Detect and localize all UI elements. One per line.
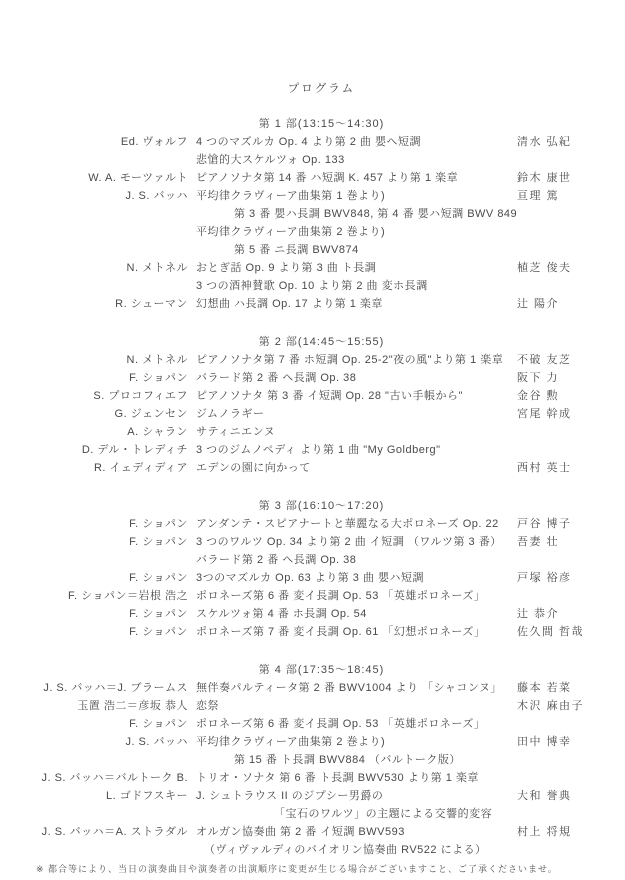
piece-title: オルガン協奏曲 第 2 番 イ短調 BWV593 <box>188 823 517 841</box>
program-row: R. シューマン幻想曲 ハ長調 Op. 17 より第 1 楽章辻 陽介 <box>36 295 607 313</box>
performer-name: 不破 友芝 <box>517 351 607 369</box>
program-row: A. シャランサティニエンヌ <box>36 423 607 441</box>
program-row: F. ショパン3 つのワルツ Op. 34 より第 2 曲 イ短調 （ワルツ第 … <box>36 533 607 551</box>
program-row: W. A. モーツァルトピアノソナタ第 14 番 ハ短調 K. 457 より第 … <box>36 169 607 187</box>
program-row: 「宝石のワルツ」の主題による交響的変容 <box>36 805 607 823</box>
performer-name: 宮尾 幹成 <box>517 405 607 423</box>
piece-title: 幻想曲 ハ長調 Op. 17 より第 1 楽章 <box>188 295 517 313</box>
program-row: N. メトネルピアノソナタ第 7 番 ホ短調 Op. 25-2"夜の風"より第 … <box>36 351 607 369</box>
program-row: J. S. バッハ平均律クラヴィーア曲集第 1 巻より)亘理 篤 <box>36 187 607 205</box>
piece-title: 第 15 番 ト長調 BWV884 （バルトーク版） <box>188 751 517 769</box>
piece-title: （ヴィヴァルディのバイオリン協奏曲 RV522 による） <box>188 841 517 859</box>
program-row: 3 つの酒神賛歌 Op. 10 より第 2 曲 変ホ長調 <box>36 277 607 295</box>
piece-title: 「宝石のワルツ」の主題による交響的変容 <box>188 805 517 823</box>
piece-title: スケルツォ第 4 番 ホ長調 Op. 54 <box>188 605 517 623</box>
composer-name: J. S. バッハ＝A. ストラダル <box>36 823 188 841</box>
performer-name: 鈴木 康世 <box>517 169 607 187</box>
program-row: J. S. バッハ＝バルトーク B.トリオ・ソナタ 第 6 番 ト長調 BWV5… <box>36 769 607 787</box>
program-section: 第 3 部(16:10〜17:20)F. ショパンアンダンテ・スピアナートと華麗… <box>36 497 607 641</box>
composer-name: 玉置 浩二＝彦坂 恭人 <box>36 697 188 715</box>
composer-name: Ed. ヴォルフ <box>36 133 188 151</box>
program-row: （ヴィヴァルディのバイオリン協奏曲 RV522 による） <box>36 841 607 859</box>
piece-title: 恋祭 <box>188 697 517 715</box>
piece-title: ジムノラギー <box>188 405 517 423</box>
piece-title: サティニエンヌ <box>188 423 517 441</box>
composer-name: W. A. モーツァルト <box>36 169 188 187</box>
piece-title: ピアノソナタ 第 3 番 イ短調 Op. 28 "古い手帳から" <box>188 387 517 405</box>
composer-name: D. デル・トレディチ <box>36 441 188 459</box>
piece-title: ポロネーズ第 6 番 変イ長調 Op. 53 「英雄ポロネーズ」 <box>188 715 517 733</box>
performer-name: 阪下 力 <box>517 369 607 387</box>
performer-name: 大和 誉典 <box>517 787 607 805</box>
composer-name: J. S. バッハ <box>36 187 188 205</box>
piece-title: 平均律クラヴィーア曲集第 2 巻より) <box>188 733 517 751</box>
performer-name: 藤本 若菜 <box>517 679 607 697</box>
piece-title: バラード第 2 番 ヘ長調 Op. 38 <box>188 551 517 569</box>
composer-name: S. プロコフィエフ <box>36 387 188 405</box>
composer-name: L. ゴドフスキー <box>36 787 188 805</box>
piece-title: ピアノソナタ第 14 番 ハ短調 K. 457 より第 1 楽章 <box>188 169 517 187</box>
program-row: 第 15 番 ト長調 BWV884 （バルトーク版） <box>36 751 607 769</box>
piece-title: 4 つのマズルカ Op. 4 より第 2 曲 嬰ヘ短調 <box>188 133 517 151</box>
piece-title: ピアノソナタ第 7 番 ホ短調 Op. 25-2"夜の風"より第 1 楽章 <box>188 351 517 369</box>
composer-name: J. S. バッハ <box>36 733 188 751</box>
piece-title: ポロネーズ第 6 番 変イ長調 Op. 53 「英雄ポロネーズ」 <box>188 587 517 605</box>
composer-name: F. ショパン <box>36 605 188 623</box>
performer-name: 吾妻 壮 <box>517 533 607 551</box>
performer-name: 木沢 麻由子 <box>517 697 607 715</box>
composer-name: R. イェディディア <box>36 459 188 477</box>
composer-name: J. S. バッハ＝バルトーク B. <box>36 769 188 787</box>
performer-name: 戸塚 裕彦 <box>517 569 607 587</box>
performer-name: 田中 博幸 <box>517 733 607 751</box>
program-row: F. ショパン3つのマズルカ Op. 63 より第 3 曲 嬰ハ短調戸塚 裕彦 <box>36 569 607 587</box>
program-section: 第 2 部(14:45〜15:55)N. メトネルピアノソナタ第 7 番 ホ短調… <box>36 333 607 477</box>
program-row: F. ショパンアンダンテ・スピアナートと華麗なる大ポロネーズ Op. 22戸谷 … <box>36 515 607 533</box>
program-row: J. S. バッハ平均律クラヴィーア曲集第 2 巻より)田中 博幸 <box>36 733 607 751</box>
program-section: 第 4 部(17:35〜18:45)J. S. バッハ＝J. ブラームス無伴奏パ… <box>36 661 607 859</box>
piece-title: 無伴奏パルティータ第 2 番 BWV1004 より 「シャコンヌ」 <box>188 679 517 697</box>
program-row: F. ショパンスケルツォ第 4 番 ホ長調 Op. 54辻 恭介 <box>36 605 607 623</box>
performer-name: 辻 陽介 <box>517 295 607 313</box>
program-row: N. メトネルおとぎ話 Op. 9 より第 3 曲 ト長調植芝 俊夫 <box>36 259 607 277</box>
composer-name: F. ショパン＝岩根 浩之 <box>36 587 188 605</box>
piece-title: 第 3 番 嬰ハ長調 BWV848, 第 4 番 嬰ハ短調 BWV 849 <box>188 205 517 223</box>
composer-name: J. S. バッハ＝J. ブラームス <box>36 679 188 697</box>
performer-name: 亘理 篤 <box>517 187 607 205</box>
composer-name: N. メトネル <box>36 259 188 277</box>
composer-name: R. シューマン <box>36 295 188 313</box>
piece-title: 悲愴的大スケルツォ Op. 133 <box>188 151 517 169</box>
program-row: F. ショパンポロネーズ第 7 番 変イ長調 Op. 61 「幻想ポロネーズ」佐… <box>36 623 607 641</box>
performer-name: 佐久間 哲哉 <box>517 623 607 641</box>
composer-name: N. メトネル <box>36 351 188 369</box>
performer-name: 金谷 勲 <box>517 387 607 405</box>
composer-name: G. ジェンセン <box>36 405 188 423</box>
program-row: G. ジェンセンジムノラギー宮尾 幹成 <box>36 405 607 423</box>
program-row: F. ショパン＝岩根 浩之ポロネーズ第 6 番 変イ長調 Op. 53 「英雄ポ… <box>36 587 607 605</box>
performer-name: 清水 弘紀 <box>517 133 607 151</box>
section-header: 第 2 部(14:45〜15:55) <box>36 333 607 351</box>
composer-name: F. ショパン <box>36 715 188 733</box>
program-page: プログラム 第 1 部(13:15〜14:30)Ed. ヴォルフ4 つのマズルカ… <box>0 0 625 880</box>
composer-name: F. ショパン <box>36 623 188 641</box>
piece-title: トリオ・ソナタ 第 6 番 ト長調 BWV530 より第 1 楽章 <box>188 769 517 787</box>
program-row: バラード第 2 番 ヘ長調 Op. 38 <box>36 551 607 569</box>
composer-name: F. ショパン <box>36 515 188 533</box>
piece-title: 3つのマズルカ Op. 63 より第 3 曲 嬰ハ短調 <box>188 569 517 587</box>
piece-title: 3 つの酒神賛歌 Op. 10 より第 2 曲 変ホ長調 <box>188 277 517 295</box>
piece-title: 平均律クラヴィーア曲集第 1 巻より) <box>188 187 517 205</box>
program-row: 平均律クラヴィーア曲集第 2 巻より) <box>36 223 607 241</box>
program-row: D. デル・トレディチ3 つのジムノペディ より第 1 曲 "My Goldbe… <box>36 441 607 459</box>
performer-name: 村上 将規 <box>517 823 607 841</box>
program-row: L. ゴドフスキーJ. シュトラウス II のジプシー男爵の大和 誉典 <box>36 787 607 805</box>
program-sections: 第 1 部(13:15〜14:30)Ed. ヴォルフ4 つのマズルカ Op. 4… <box>36 115 607 859</box>
piece-title: おとぎ話 Op. 9 より第 3 曲 ト長調 <box>188 259 517 277</box>
program-row: Ed. ヴォルフ4 つのマズルカ Op. 4 より第 2 曲 嬰ヘ短調清水 弘紀 <box>36 133 607 151</box>
program-row: F. ショパンバラード第 2 番 ヘ長調 Op. 38阪下 力 <box>36 369 607 387</box>
program-row: F. ショパンポロネーズ第 6 番 変イ長調 Op. 53 「英雄ポロネーズ」 <box>36 715 607 733</box>
page-title: プログラム <box>36 80 607 98</box>
piece-title: ポロネーズ第 7 番 変イ長調 Op. 61 「幻想ポロネーズ」 <box>188 623 517 641</box>
program-row: J. S. バッハ＝J. ブラームス無伴奏パルティータ第 2 番 BWV1004… <box>36 679 607 697</box>
piece-title: 3 つのワルツ Op. 34 より第 2 曲 イ短調 （ワルツ第 3 番） <box>188 533 517 551</box>
program-row: J. S. バッハ＝A. ストラダルオルガン協奏曲 第 2 番 イ短調 BWV5… <box>36 823 607 841</box>
program-section: 第 1 部(13:15〜14:30)Ed. ヴォルフ4 つのマズルカ Op. 4… <box>36 115 607 313</box>
program-row: R. イェディディアエデンの園に向かって西村 英士 <box>36 459 607 477</box>
program-row: 第 3 番 嬰ハ長調 BWV848, 第 4 番 嬰ハ短調 BWV 849 <box>36 205 607 223</box>
composer-name: F. ショパン <box>36 569 188 587</box>
section-header: 第 1 部(13:15〜14:30) <box>36 115 607 133</box>
composer-name: F. ショパン <box>36 533 188 551</box>
piece-title: 3 つのジムノペディ より第 1 曲 "My Goldberg" <box>188 441 517 459</box>
program-row: 悲愴的大スケルツォ Op. 133 <box>36 151 607 169</box>
footnote: ※ 都合等により、当日の演奏曲目や演奏者の出演順序に変更が生じる場合がございます… <box>36 863 558 875</box>
section-header: 第 3 部(16:10〜17:20) <box>36 497 607 515</box>
performer-name: 辻 恭介 <box>517 605 607 623</box>
piece-title: バラード第 2 番 ヘ長調 Op. 38 <box>188 369 517 387</box>
piece-title: 第 5 番 ニ長調 BWV874 <box>188 241 517 259</box>
piece-title: J. シュトラウス II のジプシー男爵の <box>188 787 517 805</box>
section-header: 第 4 部(17:35〜18:45) <box>36 661 607 679</box>
piece-title: エデンの園に向かって <box>188 459 517 477</box>
program-row: S. プロコフィエフピアノソナタ 第 3 番 イ短調 Op. 28 "古い手帳か… <box>36 387 607 405</box>
composer-name: F. ショパン <box>36 369 188 387</box>
composer-name: A. シャラン <box>36 423 188 441</box>
performer-name: 戸谷 博子 <box>517 515 607 533</box>
piece-title: アンダンテ・スピアナートと華麗なる大ポロネーズ Op. 22 <box>188 515 517 533</box>
program-row: 玉置 浩二＝彦坂 恭人恋祭木沢 麻由子 <box>36 697 607 715</box>
program-row: 第 5 番 ニ長調 BWV874 <box>36 241 607 259</box>
piece-title: 平均律クラヴィーア曲集第 2 巻より) <box>188 223 517 241</box>
performer-name: 西村 英士 <box>517 459 607 477</box>
performer-name: 植芝 俊夫 <box>517 259 607 277</box>
